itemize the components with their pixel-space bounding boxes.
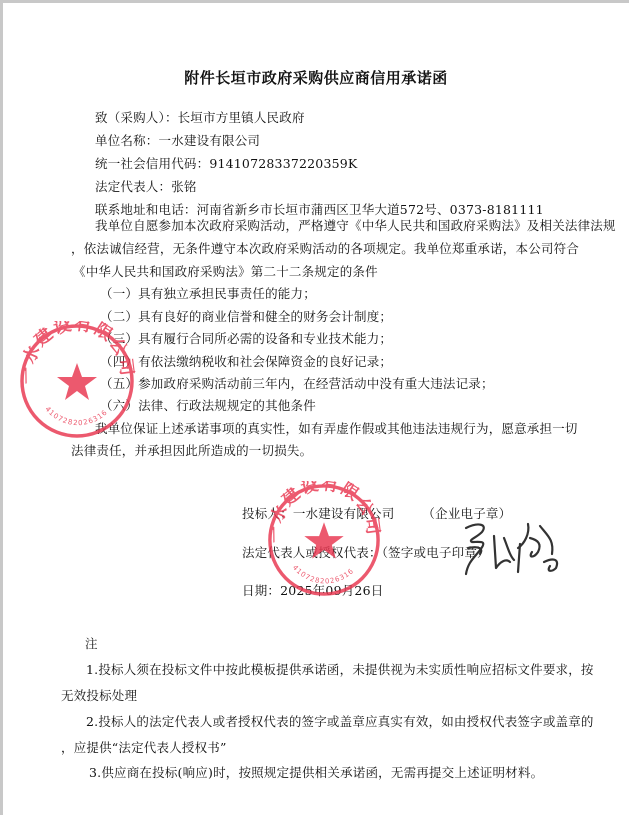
condition-item: （二）具有良好的商业信誉和健全的财务会计制度； [100, 309, 392, 325]
date-line: 日期：2025年09月26日 [242, 583, 383, 599]
condition-item: （三）具有履行合同所必需的设备和专业技术能力； [100, 331, 392, 347]
note-line: ，应提供“法定代表人授权书” [61, 740, 227, 756]
guarantee-line: 我单位保证上述承诺事项的真实性，如有弄虚作假或其他违法违规行为，愿意承担一切 [95, 421, 578, 437]
date-label: 日期： [242, 583, 280, 598]
field-value: 长垣市方里镇人民政府 [178, 110, 305, 125]
date-value: 2025年09月26日 [280, 583, 383, 598]
bidder-value: 一水建设有限公司 [293, 506, 395, 521]
field-label: 法定代表人： [95, 179, 171, 194]
legal-rep-field: 法定代表人：张铭 [95, 179, 197, 195]
body-line: 《中华人民共和国政府采购法》第二十二条规定的条件 [73, 264, 378, 280]
company-seal-icon: 一水建设有限公司 4107282026316 [265, 481, 383, 599]
body-line: 我单位自愿参加本次政府采购活动，严格遵守《中华人民共和国政府采购法》及相关法律法… [95, 218, 616, 234]
body-line: ，依法诚信经营，无条件遵守本次政府采购活动的各项规定。我单位郑重承诺，本公司符合 [71, 241, 579, 257]
field-label: 联系地址和电话： [95, 202, 197, 217]
note-line: 2.投标人的法定代表人或者授权代表的签字或盖章应真实有效，如由授权代表签字或盖章… [86, 714, 594, 730]
field-value: 河南省新乡市长垣市蒲西区卫华大道572号、0373-8181111 [197, 202, 544, 217]
document-page: 附件长垣市政府采购供应商信用承诺函 致（采购人）：长垣市方里镇人民政府 单位名称… [3, 3, 629, 815]
bidder-note: （企业电子章） [422, 506, 511, 521]
field-label: 统一社会信用代码： [95, 156, 209, 171]
field-value: 一水建设有限公司 [159, 133, 261, 148]
bidder-line: 投标人：一水建设有限公司（企业电子章） [242, 506, 511, 522]
field-value: 张铭 [171, 179, 196, 194]
note-line: 无效投标处理 [61, 688, 137, 704]
contact-field: 联系地址和电话：河南省新乡市长垣市蒲西区卫华大道572号、0373-818111… [95, 202, 544, 218]
rep-label: 法定代表人或授权代表： [242, 545, 382, 560]
note-line: 3.供应商在投标(响应)时，按照规定提供相关承诺函，无需再提交上述证明材料。 [89, 765, 543, 781]
bidder-label: 投标人： [242, 506, 293, 521]
condition-item: （五）参加政府采购活动前三年内，在经营活动中没有重大违法记录； [100, 376, 494, 392]
notes-heading: 注 [85, 636, 98, 652]
field-label: 单位名称： [95, 133, 159, 148]
credit-code-field: 统一社会信用代码：91410728337220359K [95, 156, 357, 172]
document-title: 附件长垣市政府采购供应商信用承诺函 [3, 67, 629, 88]
guarantee-line: 法律责任，并承担因此所造成的一切损失。 [71, 443, 312, 459]
field-label: 致（采购人）： [95, 110, 178, 125]
rep-note: （签字或电子印章） [382, 545, 490, 560]
condition-item: （一）具有独立承担民事责任的能力； [100, 286, 316, 302]
note-line: 1.投标人须在投标文件中按此模板提供承诺函，未提供视为未实质性响应招标文件要求，… [86, 662, 594, 678]
condition-item: （四）有依法缴纳税收和社会保障资金的良好记录； [100, 354, 392, 370]
company-name-field: 单位名称：一水建设有限公司 [95, 133, 260, 149]
recipient-field: 致（采购人）：长垣市方里镇人民政府 [95, 110, 305, 126]
rep-line: 法定代表人或授权代表：（签字或电子印章） [242, 545, 490, 561]
field-value: 91410728337220359K [209, 156, 357, 171]
condition-item: （六）法律、行政法规规定的其他条件 [100, 398, 316, 414]
